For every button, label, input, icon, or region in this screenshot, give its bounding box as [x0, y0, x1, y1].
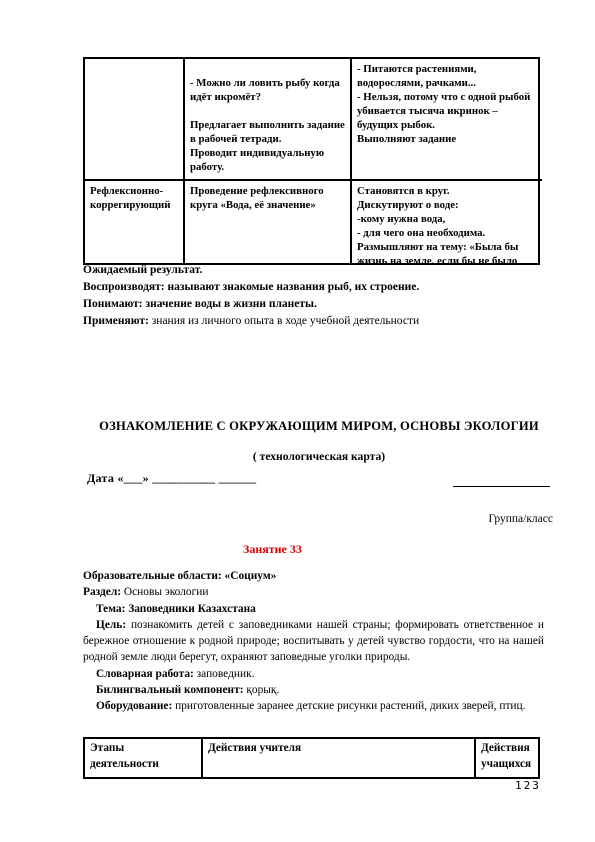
column-header-text: Этапы деятельности [90, 741, 172, 772]
student-line: - Питаются растениями, водорослями, рачк… [357, 62, 538, 90]
lesson-field-label: Образовательные области: [83, 570, 222, 582]
teacher-line: Предлагает выполнить задание в рабочей т… [190, 118, 346, 146]
expected-item-label: Воспроизводят: [83, 281, 165, 293]
expected-results: Ожидаемый результат. Воспроизводят: назы… [83, 262, 545, 330]
expected-item-text: знания из личного опыта в ходе учебной д… [149, 315, 419, 327]
lesson-field: Цель: познакомить детей с заповедниками … [83, 617, 544, 666]
student-line: Становятся в круг. [357, 184, 538, 198]
stage-cell: Рефлексионно-коррегирующий [85, 179, 183, 263]
expected-item: Понимают: значение воды в жизни планеты. [83, 296, 545, 313]
expected-item: Воспроизводят: называют знакомые названи… [83, 279, 545, 296]
stage-text: Рефлексионно-коррегирующий [90, 184, 179, 212]
student-line: - Нельзя, потому что с одной рыбой убива… [357, 90, 538, 132]
lesson-field-label: Словарная работа: [96, 668, 194, 680]
lesson-field-text: Заповедники Казахстана [125, 603, 256, 615]
column-header-text: Действия учащихся [481, 742, 531, 770]
teacher-actions-cell: Проведение рефлексивного круга «Вода, её… [183, 179, 350, 263]
stage-cell [85, 59, 183, 179]
lesson-field: Раздел: Основы экологии [83, 584, 544, 600]
lesson-field: Образовательные области: «Социум» [83, 568, 544, 584]
teacher-line [190, 62, 346, 76]
lesson-field: Билингвальный компонент: қорық. [83, 682, 544, 698]
lesson-field: Словарная работа: заповедник. [83, 666, 544, 682]
lesson-field-label: Оборудование: [96, 700, 172, 712]
teacher-line [190, 104, 346, 118]
expected-heading: Ожидаемый результат. [83, 262, 545, 279]
student-actions-cell: - Питаются растениями, водорослями, рачк… [350, 59, 542, 179]
teacher-line: Проведение рефлексивного круга «Вода, её… [190, 184, 346, 212]
teacher-actions-cell: - Можно ли ловить рыбу когда идёт икромё… [183, 59, 350, 179]
column-header-stages: Этапы деятельности [85, 739, 201, 777]
expected-item-label: Применяют: [83, 315, 149, 327]
lesson-field-text: приготовленные заранее детские рисунки р… [172, 700, 525, 712]
column-header-students: Действия учащихся [474, 739, 542, 777]
document-title: ОЗНАКОМЛЕНИЕ С ОКРУЖАЮЩИМ МИРОМ, ОСНОВЫ … [83, 419, 555, 434]
lesson-field: Тема: Заповедники Казахстана [83, 601, 544, 617]
column-header-text: Действия учителя [208, 742, 301, 754]
page-number: 123 [515, 779, 541, 792]
lesson-field-text: қорық. [244, 684, 280, 696]
lesson-field-label: Раздел: [83, 586, 121, 598]
student-line: - для чего она необходима. [357, 226, 538, 240]
student-line: Выполняют задание [357, 132, 538, 146]
lesson-info: Образовательные области: «Социум» Раздел… [83, 568, 544, 715]
lesson-field-text: Основы экологии [121, 586, 208, 598]
lesson-field-label: Билингвальный компонент: [96, 684, 244, 696]
teacher-line: Проводит индивидуальную работу. [190, 146, 346, 174]
top-table: - Можно ли ловить рыбу когда идёт икромё… [83, 57, 540, 265]
lesson-field-text: «Социум» [222, 570, 277, 582]
lesson-field-text: заповедник. [194, 668, 255, 680]
stage-text [90, 62, 179, 76]
lesson-field: Оборудование: приготовленные заранее дет… [83, 698, 544, 714]
lesson-field-label: Цель: [96, 619, 126, 631]
column-header-teacher: Действия учителя [201, 739, 474, 777]
group-class-label: Группа/класс [488, 513, 553, 525]
expected-item: Применяют: знания из личного опыта в ход… [83, 313, 545, 330]
teacher-line: - Можно ли ловить рыбу когда идёт икромё… [190, 76, 346, 104]
document-subtitle: ( технологическая карта) [83, 450, 555, 463]
lesson-number: Занятие 33 [243, 542, 302, 557]
student-line: Дискутируют о воде: [357, 198, 538, 212]
expected-item-text: называют знакомые названия рыб, их строе… [165, 281, 420, 293]
expected-item-label: Понимают: [83, 298, 143, 310]
date-line: Дата «___» __________ ______ [87, 471, 256, 486]
signature-line [453, 486, 550, 487]
student-line: -кому нужна вода, [357, 212, 538, 226]
bottom-table: Этапы деятельности Действия учителя Дейс… [83, 737, 540, 779]
expected-item-text: значение воды в жизни планеты. [143, 298, 317, 310]
lesson-field-text: познакомить детей с заповедниками нашей … [83, 619, 544, 664]
student-actions-cell: Становятся в круг. Дискутируют о воде: -… [350, 179, 542, 263]
lesson-field-label: Тема: [96, 603, 125, 615]
student-line: Размышляют на тему: «Была бы жизнь на зе… [357, 240, 538, 263]
